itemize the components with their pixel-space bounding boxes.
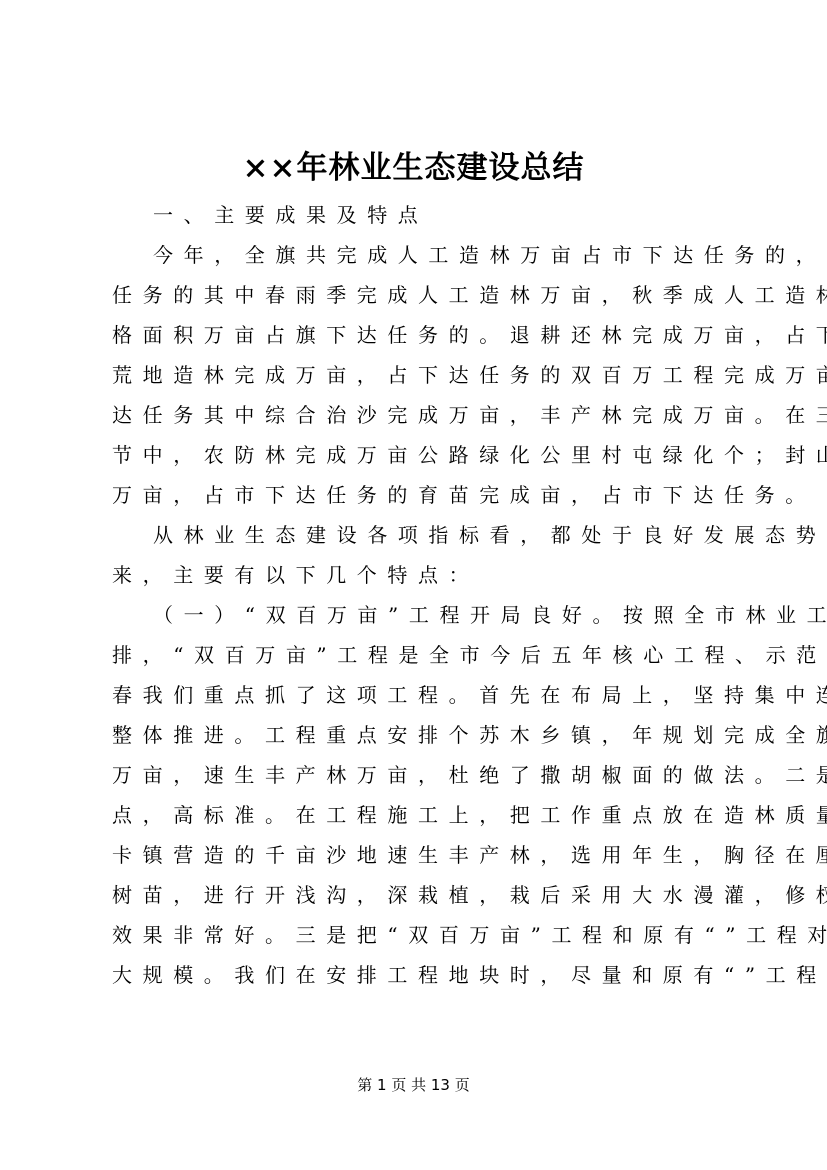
paragraph-line: 万亩，速生丰产林万亩，杜绝了撒胡椒面的做法。二是坚持高起 — [112, 755, 728, 795]
paragraph-line: 格面积万亩占旗下达任务的。退耕还林完成万亩，占下达任务的 — [112, 315, 728, 355]
paragraph-line: 树苗，进行开浅沟，深栽植，栽后采用大水漫灌，修杈留全株， — [112, 875, 728, 915]
paragraph-line: 卡镇营造的千亩沙地速生丰产林，选用年生，胸径在厘米以上杨 — [112, 835, 728, 875]
document-title: ××年林业生态建设总结 — [0, 146, 827, 190]
paragraph-line: 任务的其中春雨季完成人工造林万亩，秋季成人工造林万亩；合 — [112, 275, 728, 315]
section-heading: 一、主要成果及特点 — [112, 195, 728, 235]
paragraph-line: 从林业生态建设各项指标看，都处于良好发展态势。归纳起 — [112, 515, 728, 555]
paragraph-line: 点，高标准。在工程施工上，把工作重点放在造林质量上。甘旗 — [112, 795, 728, 835]
paragraph-line: 春我们重点抓了这项工程。首先在布局上，坚持集中连片，实行 — [112, 675, 728, 715]
paragraph-line: 节中，农防林完成万亩公路绿化公里村屯绿化个；封山育林完成 — [112, 435, 728, 475]
paragraph-line: 万亩，占市下达任务的育苗完成亩，占市下达任务。 — [112, 475, 728, 515]
paragraph-line: 荒地造林完成万亩，占下达任务的双百万工程完成万亩，占市下 — [112, 355, 728, 395]
subsection-line: （一）“双百万亩”工程开局良好。按照全市林业工作的安 — [112, 595, 728, 635]
paragraph-line: 排，“双百万亩”工程是全市今后五年核心工程、示范工程。今 — [112, 635, 728, 675]
paragraph-line: 效果非常好。三是把“双百万亩”工程和原有“”工程对接，扩 — [112, 915, 728, 955]
paragraph-line: 大规模。我们在安排工程地块时，尽量和原有“”工程连接起来。 — [112, 955, 728, 995]
page-number-footer: 第 1 页 共 13 页 — [0, 1074, 827, 1096]
paragraph-line: 整体推进。工程重点安排个苏木乡镇，年规划完成全旗综合治沙 — [112, 715, 728, 755]
paragraph-line: 今年，全旗共完成人工造林万亩占市下达任务的，占旗下达 — [112, 235, 728, 275]
document-page: ××年林业生态建设总结 一、主要成果及特点 今年，全旗共完成人工造林万亩占市下达… — [0, 0, 827, 1170]
paragraph-line: 来，主要有以下几个特点： — [112, 555, 728, 595]
paragraph-line: 达任务其中综合治沙完成万亩，丰产林完成万亩。在三个薄弱环 — [112, 395, 728, 435]
document-body: 一、主要成果及特点 今年，全旗共完成人工造林万亩占市下达任务的，占旗下达 任务的… — [112, 195, 728, 995]
